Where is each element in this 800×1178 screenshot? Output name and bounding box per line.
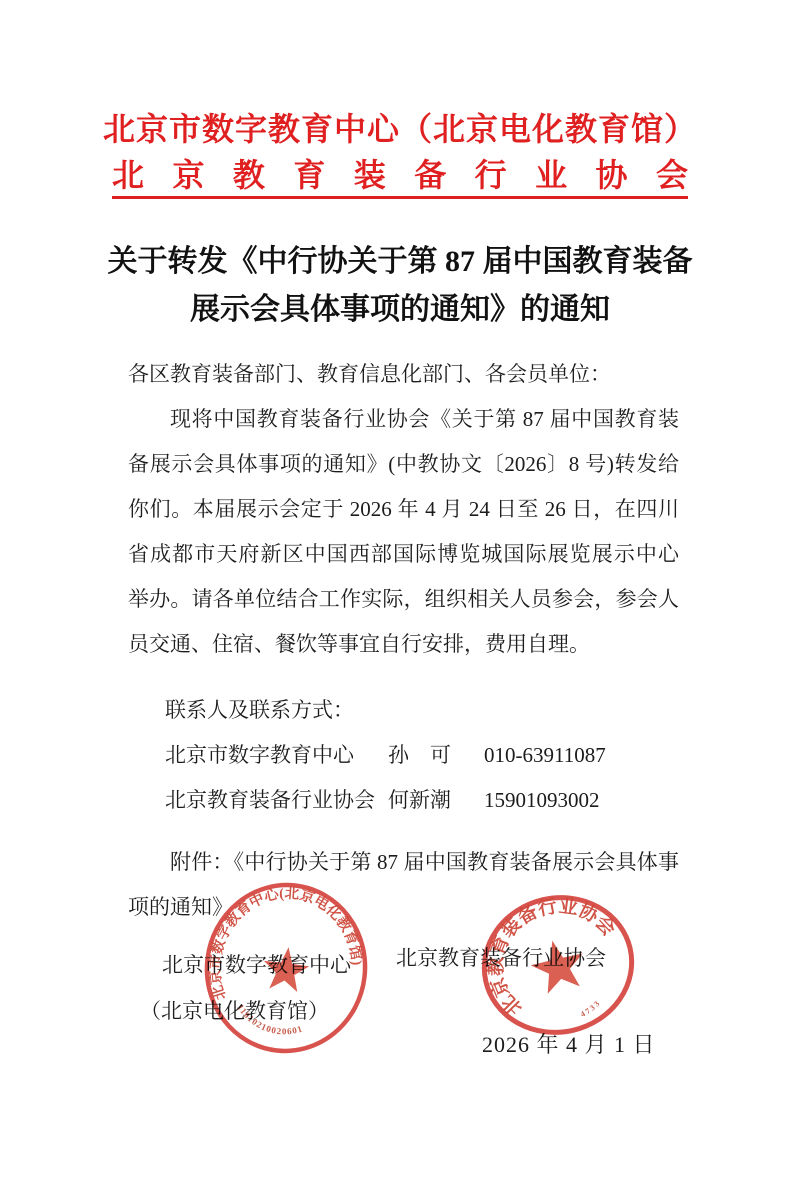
contact-name: 孙 可 bbox=[388, 733, 484, 778]
letterhead-org-line-2: 北京教育装备行业协会 bbox=[112, 158, 688, 199]
letterhead-org-line-1: 北京市数字教育中心（北京电化教育馆） bbox=[0, 104, 800, 150]
contact-row: 北京教育装备行业协会 何新潮 15901093002 bbox=[165, 778, 606, 823]
body-line: 你们。本届展示会定于 2026 年 4 月 24 日至 26 日，在四川 bbox=[128, 487, 679, 532]
notice-title-line-2: 展示会具体事项的通知》的通知 bbox=[0, 286, 800, 334]
letterhead: 北京市数字教育中心（北京电化教育馆） 北京教育装备行业协会 bbox=[0, 104, 800, 199]
contact-org: 北京教育装备行业协会 bbox=[165, 778, 388, 823]
seal-left-graphic: 北京市数字教育中心(北京电化教育馆) 11010210020601 bbox=[191, 869, 381, 1066]
official-seal-left: 北京市数字教育中心(北京电化教育馆) 11010210020601 bbox=[191, 869, 381, 1066]
contact-phone: 15901093002 bbox=[484, 778, 606, 823]
seal-left-ring-text: 北京市数字教育中心(北京电化教育馆) bbox=[201, 875, 374, 1020]
seal-left-code: 11010210020601 bbox=[233, 1002, 307, 1040]
body-text: 各区教育装备部门、教育信息化部门、各会员单位： 现将中国教育装备行业协会《关于第… bbox=[128, 352, 679, 667]
body-line: 举办。请各单位结合工作实际，组织相关人员参会，参会人 bbox=[128, 577, 679, 622]
svg-text:北京市数字教育中心(北京电化教育馆): 北京市数字教育中心(北京电化教育馆) bbox=[201, 875, 374, 1020]
contact-org: 北京市数字教育中心 bbox=[165, 733, 388, 778]
body-line: 现将中国教育装备行业协会《关于第 87 届中国教育装 bbox=[128, 397, 679, 442]
contact-section: 联系人及联系方式： 北京市数字教育中心 孙 可 010-63911087 北京教… bbox=[165, 688, 606, 823]
contact-name: 何新潮 bbox=[388, 778, 484, 823]
contact-phone: 010-63911087 bbox=[484, 733, 606, 778]
contact-heading: 联系人及联系方式： bbox=[165, 688, 606, 733]
notice-title: 关于转发《中行协关于第 87 届中国教育装备 展示会具体事项的通知》的通知 bbox=[0, 238, 800, 334]
seal-right-star-icon bbox=[526, 935, 589, 996]
notice-title-line-1: 关于转发《中行协关于第 87 届中国教育装备 bbox=[0, 238, 800, 286]
document-page: 北京市数字教育中心（北京电化教育馆） 北京教育装备行业协会 关于转发《中行协关于… bbox=[0, 0, 800, 1178]
contact-row: 北京市数字教育中心 孙 可 010-63911087 bbox=[165, 733, 606, 778]
body-line: 员交通、住宿、餐饮等事宜自行安排，费用自理。 bbox=[128, 622, 679, 667]
svg-text:11010210020601: 11010210020601 bbox=[233, 1002, 307, 1040]
body-line: 省成都市天府新区中国西部国际博览城国际展览展示中心 bbox=[128, 532, 679, 577]
body-line: 备展示会具体事项的通知》(中教协文〔2026〕8 号)转发给 bbox=[128, 442, 679, 487]
salutation-line: 各区教育装备部门、教育信息化部门、各会员单位： bbox=[128, 352, 679, 397]
seal-left-star-icon bbox=[261, 944, 312, 993]
